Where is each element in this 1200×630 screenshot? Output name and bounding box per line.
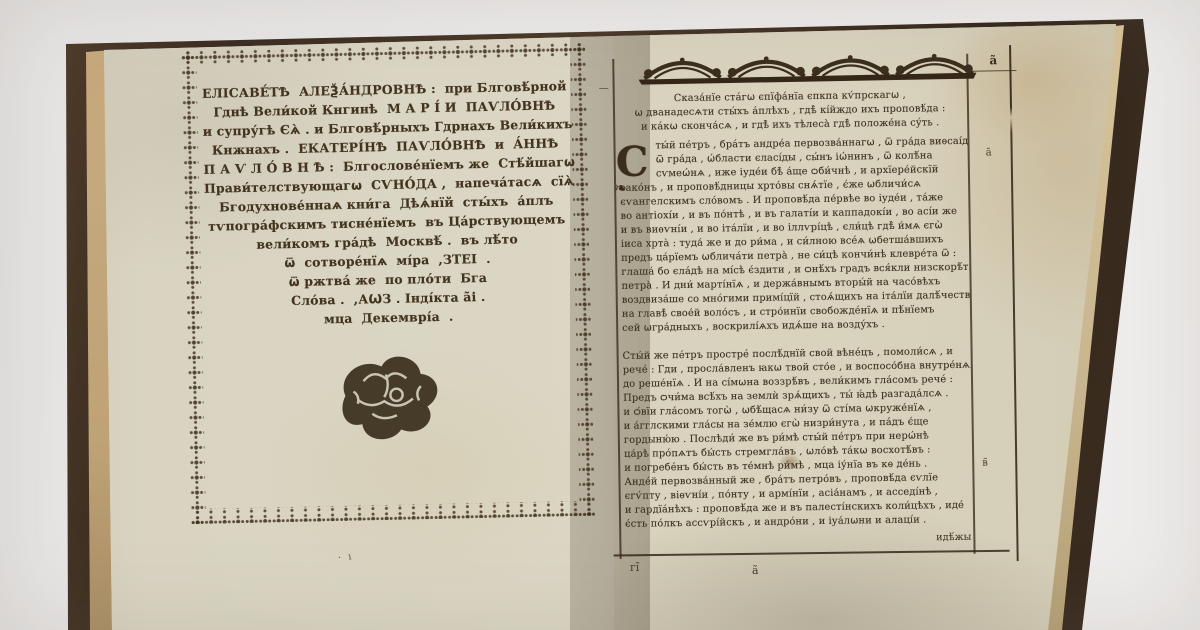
margin-section-mark: а̃ [986, 147, 992, 158]
quire-signature-mark: гі̃ [630, 561, 639, 574]
frame-rule-outer-right [1009, 45, 1019, 561]
margin-section-mark: в̃ [982, 457, 988, 468]
frame-rule-bottom [614, 550, 1010, 556]
photo-of-open-book: ЕЛІСАВЕ́ТѢ АЛЕѮА́НДРОВНѢ : при Блговѣ́рн… [0, 0, 1200, 630]
folio-number: а̃ [970, 53, 1016, 68]
margin-dash: — [599, 83, 609, 94]
catchword: идѣ́жы [871, 532, 971, 544]
right-page-content: а̃ — а̃ в̃ Сказа́нїе ста́гѡ єпїфа́нїа єп… [604, 37, 1032, 588]
colophon-text-block: ЕЛІСАВЕ́ТѢ АЛЕѮА́НДРОВНѢ : при Блговѣ́рн… [202, 76, 571, 331]
stray-ink-mark: · ı [337, 551, 354, 564]
chapter-heading: Сказа́нїе ста́гѡ єпїфа́нїа єпкпа кѵ́прск… [619, 88, 962, 135]
quire-signature-mark: а̃ [752, 564, 759, 577]
body-paragraph-1: ты́й пе́тръ , бра́тъ андре́а первозва́нн… [619, 135, 970, 336]
engraved-headpiece-ornament-icon [638, 48, 978, 87]
body-paragraph-2: Сты́й же пе́тръ простре́ послѣ́днїй свой… [623, 345, 973, 476]
left-page-content: ЕЛІСАВЕ́ТѢ АЛЕѮА́НДРОВНѢ : при Блговѣ́рн… [181, 42, 595, 524]
body-paragraph-3: Анде́й первозва́нный же , бра́тъ петро́в… [624, 471, 973, 532]
floral-tailpiece-ornament-icon [331, 349, 447, 443]
